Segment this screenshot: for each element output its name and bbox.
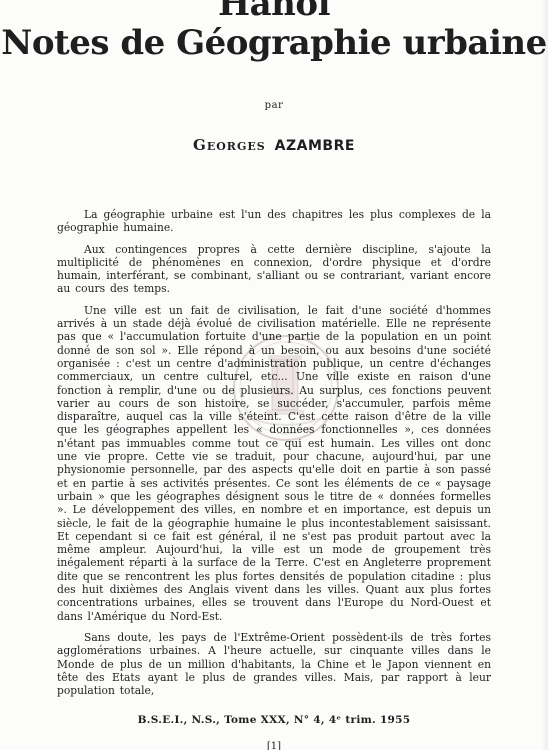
scanned-article-page: Hanoï Notes de Géographie urbaine par Ge… — [0, 0, 548, 750]
article-body: La géographie urbaine est l'un des chapi… — [57, 208, 491, 705]
author-name: GeorgesAZAMBRE — [0, 136, 548, 154]
article-title-line2: Notes de Géographie urbaine — [0, 23, 548, 63]
paragraph-4: Sans doute, les pays de l'Extrême-Orient… — [57, 631, 491, 697]
journal-citation: B.S.E.I., N.S., Tome XXX, N° 4, 4ᵉ trim.… — [0, 714, 548, 726]
article-title-line1: Hanoï — [0, 0, 548, 23]
paragraph-2: Aux contingences propres à cette dernièr… — [57, 243, 491, 296]
paragraph-3: Une ville est un fait de civilisation, l… — [57, 304, 491, 623]
article-header: Hanoï Notes de Géographie urbaine par Ge… — [0, 0, 548, 154]
author-surname: AZAMBRE — [275, 138, 355, 154]
paragraph-1: La géographie urbaine est l'un des chapi… — [57, 208, 491, 235]
byline-prefix: par — [0, 100, 548, 111]
author-given-name: Georges — [193, 136, 266, 154]
page-number: [1] — [0, 741, 548, 750]
